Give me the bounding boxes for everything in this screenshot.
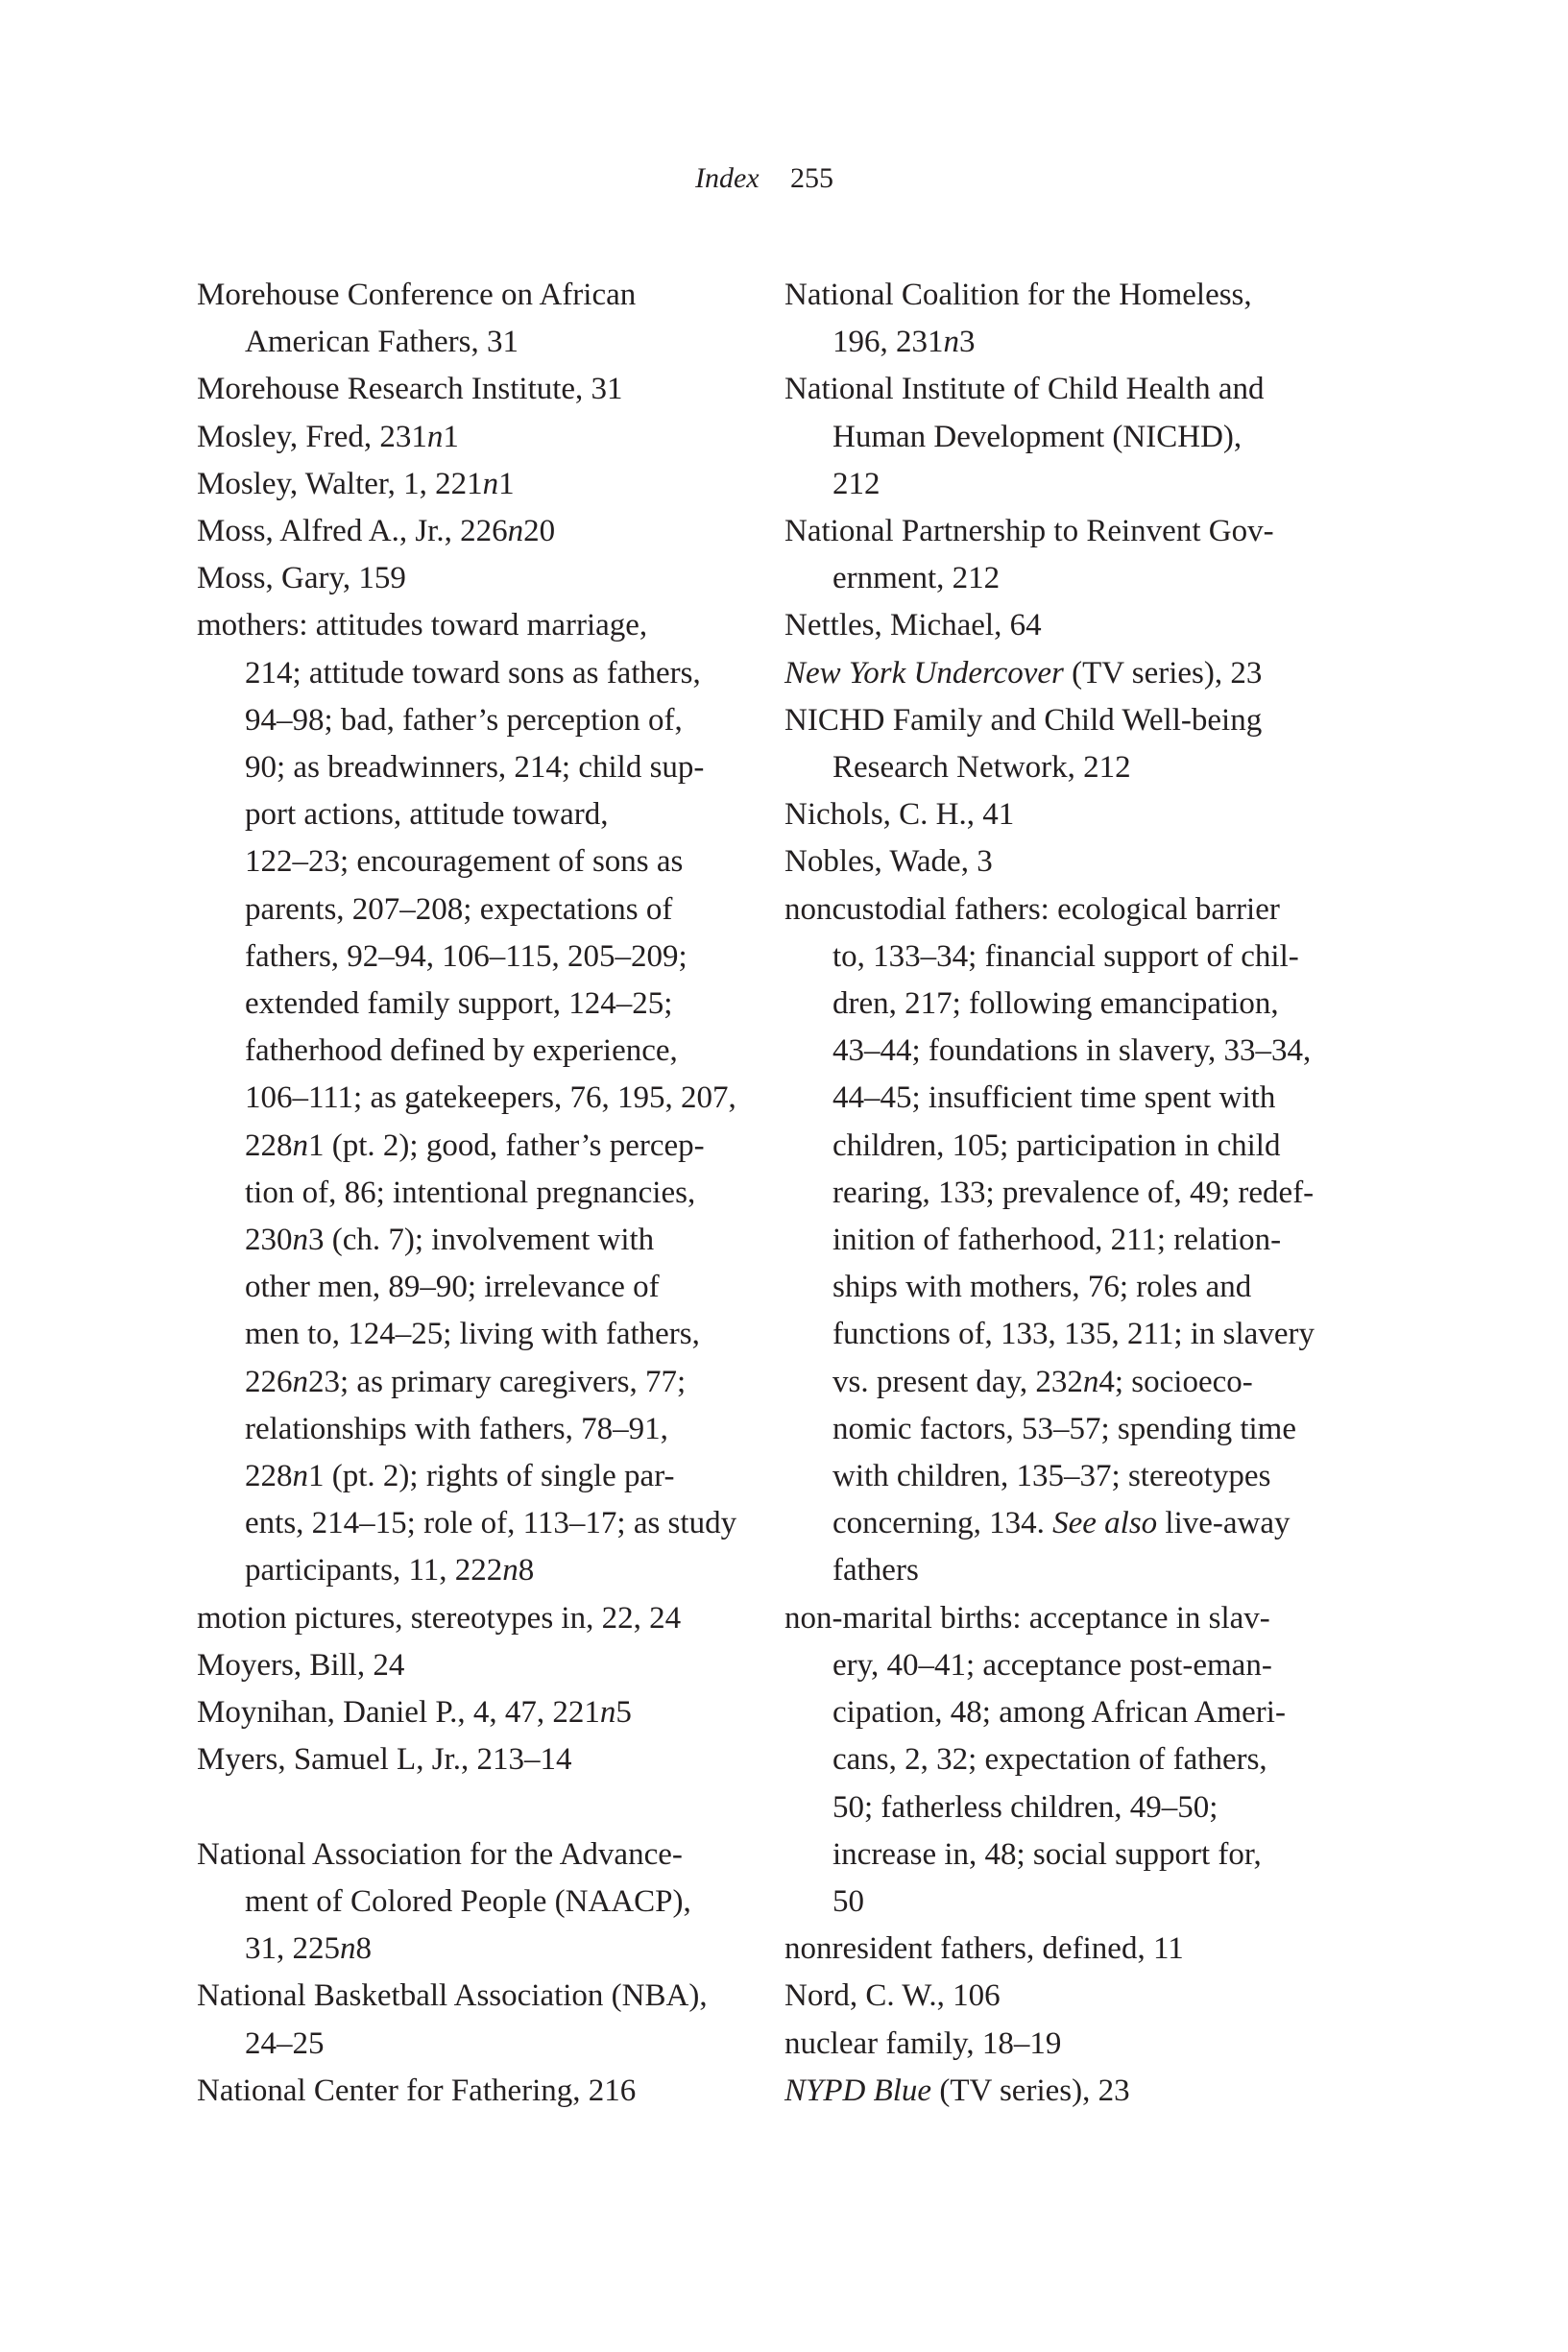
index-entry-continuation-line: 24–25 <box>197 2021 744 2068</box>
text: Myers, Samuel L, Jr., 213–14 <box>197 1742 571 1777</box>
index-entry-continuation-line: with children, 135–37; stereotypes <box>784 1453 1332 1500</box>
text: noncustodial fathers: ecological barrier <box>784 892 1280 927</box>
index-entry-continuation-line: fatherhood defined by experience, <box>197 1028 744 1075</box>
index-entry-continuation-line: 228n1 (pt. 2); rights of single par- <box>197 1453 744 1500</box>
text: rearing, 133; prevalence of, 49; redef- <box>832 1176 1314 1210</box>
index-entry-line: National Association for the Advance- <box>197 1831 744 1879</box>
text: 1 <box>443 420 459 454</box>
italic-text: n <box>340 1931 356 1966</box>
text: 230 <box>245 1223 293 1257</box>
text: to, 133–34; financial support of chil- <box>832 939 1299 974</box>
index-entry: Moss, Gary, 159 <box>197 555 744 602</box>
index-entry: National Partnership to Reinvent Gov-ern… <box>784 508 1332 602</box>
text: Moyers, Bill, 24 <box>197 1648 404 1683</box>
index-entry-continuation-line: relationships with fathers, 78–91, <box>197 1406 744 1453</box>
index-entry-line: New York Undercover (TV series), 23 <box>784 650 1332 697</box>
text: Moss, Gary, 159 <box>197 561 406 595</box>
index-entry-line: mothers: attitudes toward marriage, <box>197 602 744 649</box>
index-entry-continuation-line: parents, 207–208; expectations of <box>197 886 744 934</box>
index-entry-continuation-line: port actions, attitude toward, <box>197 791 744 838</box>
text: 214; attitude toward sons as fathers, <box>245 656 701 691</box>
index-entry-line: National Basketball Association (NBA), <box>197 1973 744 2020</box>
index-entry-continuation-line: vs. present day, 232n4; socioeco- <box>784 1359 1332 1406</box>
text: Nobles, Wade, 3 <box>784 844 993 879</box>
index-entry: National Center for Fathering, 216 <box>197 2068 744 2115</box>
text: National Partnership to Reinvent Gov- <box>784 514 1274 548</box>
text: fathers, 92–94, 106–115, 205–209; <box>245 939 688 974</box>
index-entry-continuation-line: 94–98; bad, father’s perception of, <box>197 697 744 744</box>
italic-text: n <box>293 1459 309 1493</box>
italic-text: NYPD Blue <box>784 2073 931 2108</box>
index-entry-continuation-line: 31, 225n8 <box>197 1926 744 1973</box>
index-entry-continuation-line: fathers <box>784 1547 1332 1594</box>
italic-text: n <box>293 1128 309 1163</box>
index-entry-continuation-line: ships with mothers, 76; roles and <box>784 1264 1332 1311</box>
index-entry-continuation-line: fathers, 92–94, 106–115, 205–209; <box>197 934 744 981</box>
index-entry: Myers, Samuel L, Jr., 213–14 <box>197 1736 744 1783</box>
italic-text: n <box>508 514 524 548</box>
text: National Institute of Child Health and <box>784 372 1264 406</box>
index-entry-line: National Coalition for the Homeless, <box>784 272 1332 319</box>
text: nuclear family, 18–19 <box>784 2026 1061 2061</box>
index-entry-line: noncustodial fathers: ecological barrier <box>784 886 1332 934</box>
text: National Coalition for the Homeless, <box>784 278 1252 312</box>
index-entry-continuation-line: concerning, 134. See also live-away <box>784 1500 1332 1547</box>
index-entry-continuation-line: 50 <box>784 1879 1332 1926</box>
text: 50 <box>832 1884 864 1919</box>
index-entry-continuation-line: other men, 89–90; irrelevance of <box>197 1264 744 1311</box>
italic-text: New York Undercover <box>784 656 1064 691</box>
index-entry-continuation-line: 196, 231n3 <box>784 319 1332 366</box>
text: 31, 225 <box>245 1931 340 1966</box>
index-entry-line: Morehouse Conference on African <box>197 272 744 319</box>
index-entry-continuation-line: 226n23; as primary caregivers, 77; <box>197 1359 744 1406</box>
index-entry: nonresident fathers, defined, 11 <box>784 1926 1332 1973</box>
text: 94–98; bad, father’s perception of, <box>245 703 683 738</box>
italic-text: n <box>293 1223 309 1257</box>
index-entry-continuation-line: participants, 11, 222n8 <box>197 1547 744 1594</box>
text: 196, 231 <box>832 325 944 359</box>
page-number: 255 <box>790 161 833 196</box>
index-entry-continuation-line: 214; attitude toward sons as fathers, <box>197 650 744 697</box>
text: 3 (ch. 7); involvement with <box>308 1223 654 1257</box>
text: ment of Colored People (NAACP), <box>245 1884 691 1919</box>
text: Nord, C. W., 106 <box>784 1978 1001 2013</box>
text: National Association for the Advance- <box>197 1837 683 1872</box>
italic-text: n <box>1083 1365 1099 1399</box>
text: Research Network, 212 <box>832 750 1131 785</box>
index-entry-line: Nobles, Wade, 3 <box>784 838 1332 885</box>
index-entry: Morehouse Research Institute, 31 <box>197 366 744 413</box>
index-entry-line: Mosley, Walter, 1, 221n1 <box>197 461 744 508</box>
index-entry-continuation-line: 212 <box>784 461 1332 508</box>
index-column-right: National Coalition for the Homeless,196,… <box>784 272 1332 2115</box>
text: 50; fatherless children, 49–50; <box>832 1790 1218 1825</box>
text: 122–23; encouragement of sons as <box>245 844 683 879</box>
text: functions of, 133, 135, 211; in slavery <box>832 1317 1315 1351</box>
index-entry-line: Moss, Alfred A., Jr., 226n20 <box>197 508 744 555</box>
index-entry: Nobles, Wade, 3 <box>784 838 1332 885</box>
index-entry: Mosley, Fred, 231n1 <box>197 414 744 461</box>
index-entry-continuation-line: cans, 2, 32; expectation of fathers, <box>784 1736 1332 1783</box>
text: Nichols, C. H., 41 <box>784 797 1014 832</box>
text: 90; as breadwinners, 214; child sup- <box>245 750 704 785</box>
index-entry-continuation-line: extended family support, 124–25; <box>197 981 744 1028</box>
index-entry: mothers: attitudes toward marriage,214; … <box>197 602 744 1594</box>
text: 20 <box>523 514 555 548</box>
index-entry-line: Nord, C. W., 106 <box>784 1973 1332 2020</box>
index-entry-line: NYPD Blue (TV series), 23 <box>784 2068 1332 2115</box>
text: 4; socioeco- <box>1098 1365 1252 1399</box>
index-entry: NYPD Blue (TV series), 23 <box>784 2068 1332 2115</box>
index-entry-continuation-line: Human Development (NICHD), <box>784 414 1332 461</box>
index-entry-line: NICHD Family and Child Well-being <box>784 697 1332 744</box>
italic-text: See also <box>1052 1506 1157 1540</box>
italic-text: n <box>427 420 444 454</box>
index-entry-line: National Partnership to Reinvent Gov- <box>784 508 1332 555</box>
index-entry-continuation-line: cipation, 48; among African Ameri- <box>784 1689 1332 1736</box>
index-entry-line: Moss, Gary, 159 <box>197 555 744 602</box>
text: with children, 135–37; stereotypes <box>832 1459 1270 1493</box>
index-entry-continuation-line: 106–111; as gatekeepers, 76, 195, 207, <box>197 1075 744 1122</box>
text: 212 <box>832 467 880 501</box>
text: men to, 124–25; living with fathers, <box>245 1317 700 1351</box>
text: 24–25 <box>245 2026 325 2061</box>
text: Moss, Alfred A., Jr., 226 <box>197 514 508 548</box>
index-entry: Mosley, Walter, 1, 221n1 <box>197 461 744 508</box>
text: nomic factors, 53–57; spending time <box>832 1412 1296 1446</box>
index-entry: New York Undercover (TV series), 23 <box>784 650 1332 697</box>
text: 43–44; foundations in slavery, 33–34, <box>832 1033 1311 1068</box>
text: ents, 214–15; role of, 113–17; as study <box>245 1506 736 1540</box>
index-entry-line: National Center for Fathering, 216 <box>197 2068 744 2115</box>
text: inition of fatherhood, 211; relation- <box>832 1223 1281 1257</box>
index-entry-line: Moynihan, Daniel P., 4, 47, 221n5 <box>197 1689 744 1736</box>
text: Mosley, Walter, 1, 221 <box>197 467 483 501</box>
text: fatherhood defined by experience, <box>245 1033 678 1068</box>
index-entry: Moynihan, Daniel P., 4, 47, 221n5 <box>197 1689 744 1736</box>
index-entry: Moyers, Bill, 24 <box>197 1642 744 1689</box>
text: increase in, 48; social support for, <box>832 1837 1262 1872</box>
text: 44–45; insufficient time spent with <box>832 1080 1275 1115</box>
text: nonresident fathers, defined, 11 <box>784 1931 1184 1966</box>
text: children, 105; participation in child <box>832 1128 1280 1163</box>
index-entry-continuation-line: 43–44; foundations in slavery, 33–34, <box>784 1028 1332 1075</box>
index-entry-continuation-line: dren, 217; following emancipation, <box>784 981 1332 1028</box>
text: 1 <box>498 467 515 501</box>
index-entry-continuation-line: tion of, 86; intentional pregnancies, <box>197 1170 744 1217</box>
italic-text: n <box>944 325 960 359</box>
index-entry-continuation-line: nomic factors, 53–57; spending time <box>784 1406 1332 1453</box>
text: extended family support, 124–25; <box>245 986 672 1021</box>
index-entry-continuation-line: 122–23; encouragement of sons as <box>197 838 744 885</box>
text: 5 <box>615 1695 632 1730</box>
text: NICHD Family and Child Well-being <box>784 703 1262 738</box>
index-entry-continuation-line: Research Network, 212 <box>784 744 1332 791</box>
index-entry-continuation-line: rearing, 133; prevalence of, 49; redef- <box>784 1170 1332 1217</box>
index-entry: Moss, Alfred A., Jr., 226n20 <box>197 508 744 555</box>
index-entry-continuation-line: 228n1 (pt. 2); good, father’s percep- <box>197 1123 744 1170</box>
index-entry-line: Myers, Samuel L, Jr., 213–14 <box>197 1736 744 1783</box>
text: 1 (pt. 2); good, father’s percep- <box>308 1128 705 1163</box>
index-entry-continuation-line: children, 105; participation in child <box>784 1123 1332 1170</box>
index-entry-continuation-line: ment of Colored People (NAACP), <box>197 1879 744 1926</box>
index-entry-line: motion pictures, stereotypes in, 22, 24 <box>197 1595 744 1642</box>
index-entry: non-marital births: acceptance in slav-e… <box>784 1595 1332 1926</box>
text: participants, 11, 222 <box>245 1553 502 1588</box>
text: 228 <box>245 1128 293 1163</box>
text: other men, 89–90; irrelevance of <box>245 1270 660 1304</box>
text: ernment, 212 <box>832 561 1000 595</box>
text: Human Development (NICHD), <box>832 420 1242 454</box>
text: 8 <box>519 1553 535 1588</box>
index-entry-continuation-line: ernment, 212 <box>784 555 1332 602</box>
text: 23; as primary caregivers, 77; <box>308 1365 686 1399</box>
index-entry-continuation-line: ery, 40–41; acceptance post-eman- <box>784 1642 1332 1689</box>
index-entry: NICHD Family and Child Well-beingResearc… <box>784 697 1332 791</box>
index-entry-line: nonresident fathers, defined, 11 <box>784 1926 1332 1973</box>
index-entry: nuclear family, 18–19 <box>784 2021 1332 2068</box>
index-entry: Nettles, Michael, 64 <box>784 602 1332 649</box>
italic-text: n <box>483 467 499 501</box>
text: Morehouse Research Institute, 31 <box>197 372 623 406</box>
index-entry-continuation-line: 90; as breadwinners, 214; child sup- <box>197 744 744 791</box>
text: ships with mothers, 76; roles and <box>832 1270 1251 1304</box>
index-entry-line: National Institute of Child Health and <box>784 366 1332 413</box>
index-entry: National Institute of Child Health andHu… <box>784 366 1332 508</box>
index-entry-continuation-line: to, 133–34; financial support of chil- <box>784 934 1332 981</box>
text: National Center for Fathering, 216 <box>197 2073 636 2108</box>
text: ery, 40–41; acceptance post-eman- <box>832 1648 1272 1683</box>
index-entry-continuation-line: men to, 124–25; living with fathers, <box>197 1311 744 1358</box>
text: (TV series), 23 <box>931 2073 1130 2108</box>
text: Morehouse Conference on African <box>197 278 636 312</box>
text: American Fathers, 31 <box>245 325 519 359</box>
letter-group-gap <box>197 1784 744 1831</box>
index-entry: National Coalition for the Homeless,196,… <box>784 272 1332 366</box>
index-entry-continuation-line: inition of fatherhood, 211; relation- <box>784 1217 1332 1264</box>
index-entry: Nichols, C. H., 41 <box>784 791 1332 838</box>
text: Mosley, Fred, 231 <box>197 420 427 454</box>
index-entry-line: Nichols, C. H., 41 <box>784 791 1332 838</box>
index-entry: motion pictures, stereotypes in, 22, 24 <box>197 1595 744 1642</box>
index-entry: Nord, C. W., 106 <box>784 1973 1332 2020</box>
index-entry-line: nuclear family, 18–19 <box>784 2021 1332 2068</box>
index-entry-line: Mosley, Fred, 231n1 <box>197 414 744 461</box>
index-entry-line: Moyers, Bill, 24 <box>197 1642 744 1689</box>
text: 1 (pt. 2); rights of single par- <box>308 1459 675 1493</box>
index-entry-line: Morehouse Research Institute, 31 <box>197 366 744 413</box>
text: 3 <box>959 325 976 359</box>
text: 8 <box>356 1931 373 1966</box>
text: live-away <box>1157 1506 1290 1540</box>
index-entry-continuation-line: 50; fatherless children, 49–50; <box>784 1784 1332 1831</box>
text: National Basketball Association (NBA), <box>197 1978 708 2013</box>
text: motion pictures, stereotypes in, 22, 24 <box>197 1601 681 1636</box>
text: cipation, 48; among African Ameri- <box>832 1695 1286 1730</box>
index-entry: noncustodial fathers: ecological barrier… <box>784 886 1332 1595</box>
index-entry-continuation-line: increase in, 48; social support for, <box>784 1831 1332 1879</box>
text: Nettles, Michael, 64 <box>784 608 1042 643</box>
index-entry-continuation-line: 230n3 (ch. 7); involvement with <box>197 1217 744 1264</box>
index-entry-line: Nettles, Michael, 64 <box>784 602 1332 649</box>
index-entry: National Association for the Advance-men… <box>197 1831 744 1974</box>
text: (TV series), 23 <box>1064 656 1263 691</box>
text: mothers: attitudes toward marriage, <box>197 608 647 643</box>
text: relationships with fathers, 78–91, <box>245 1412 668 1446</box>
text: 228 <box>245 1459 293 1493</box>
index-column-left: Morehouse Conference on AfricanAmerican … <box>197 272 744 2115</box>
text: Moynihan, Daniel P., 4, 47, 221 <box>197 1695 600 1730</box>
text: cans, 2, 32; expectation of fathers, <box>832 1742 1267 1777</box>
running-head-title: Index <box>695 161 760 196</box>
text: 106–111; as gatekeepers, 76, 195, 207, <box>245 1080 736 1115</box>
text: 226 <box>245 1365 293 1399</box>
text: non-marital births: acceptance in slav- <box>784 1601 1270 1636</box>
index-entry: National Basketball Association (NBA),24… <box>197 1973 744 2067</box>
index-entry: Morehouse Conference on AfricanAmerican … <box>197 272 744 366</box>
italic-text: n <box>293 1365 309 1399</box>
index-entry-continuation-line: functions of, 133, 135, 211; in slavery <box>784 1311 1332 1358</box>
italic-text: n <box>502 1553 519 1588</box>
text: dren, 217; following emancipation, <box>832 986 1279 1021</box>
text: fathers <box>832 1553 919 1588</box>
text: tion of, 86; intentional pregnancies, <box>245 1176 695 1210</box>
text: vs. present day, 232 <box>832 1365 1083 1399</box>
index-entry-continuation-line: 44–45; insufficient time spent with <box>784 1075 1332 1122</box>
index-entry-continuation-line: ents, 214–15; role of, 113–17; as study <box>197 1500 744 1547</box>
text: port actions, attitude toward, <box>245 797 609 832</box>
text: parents, 207–208; expectations of <box>245 892 672 927</box>
italic-text: n <box>600 1695 616 1730</box>
index-entry-line: non-marital births: acceptance in slav- <box>784 1595 1332 1642</box>
text: concerning, 134. <box>832 1506 1052 1540</box>
index-entry-continuation-line: American Fathers, 31 <box>197 319 744 366</box>
